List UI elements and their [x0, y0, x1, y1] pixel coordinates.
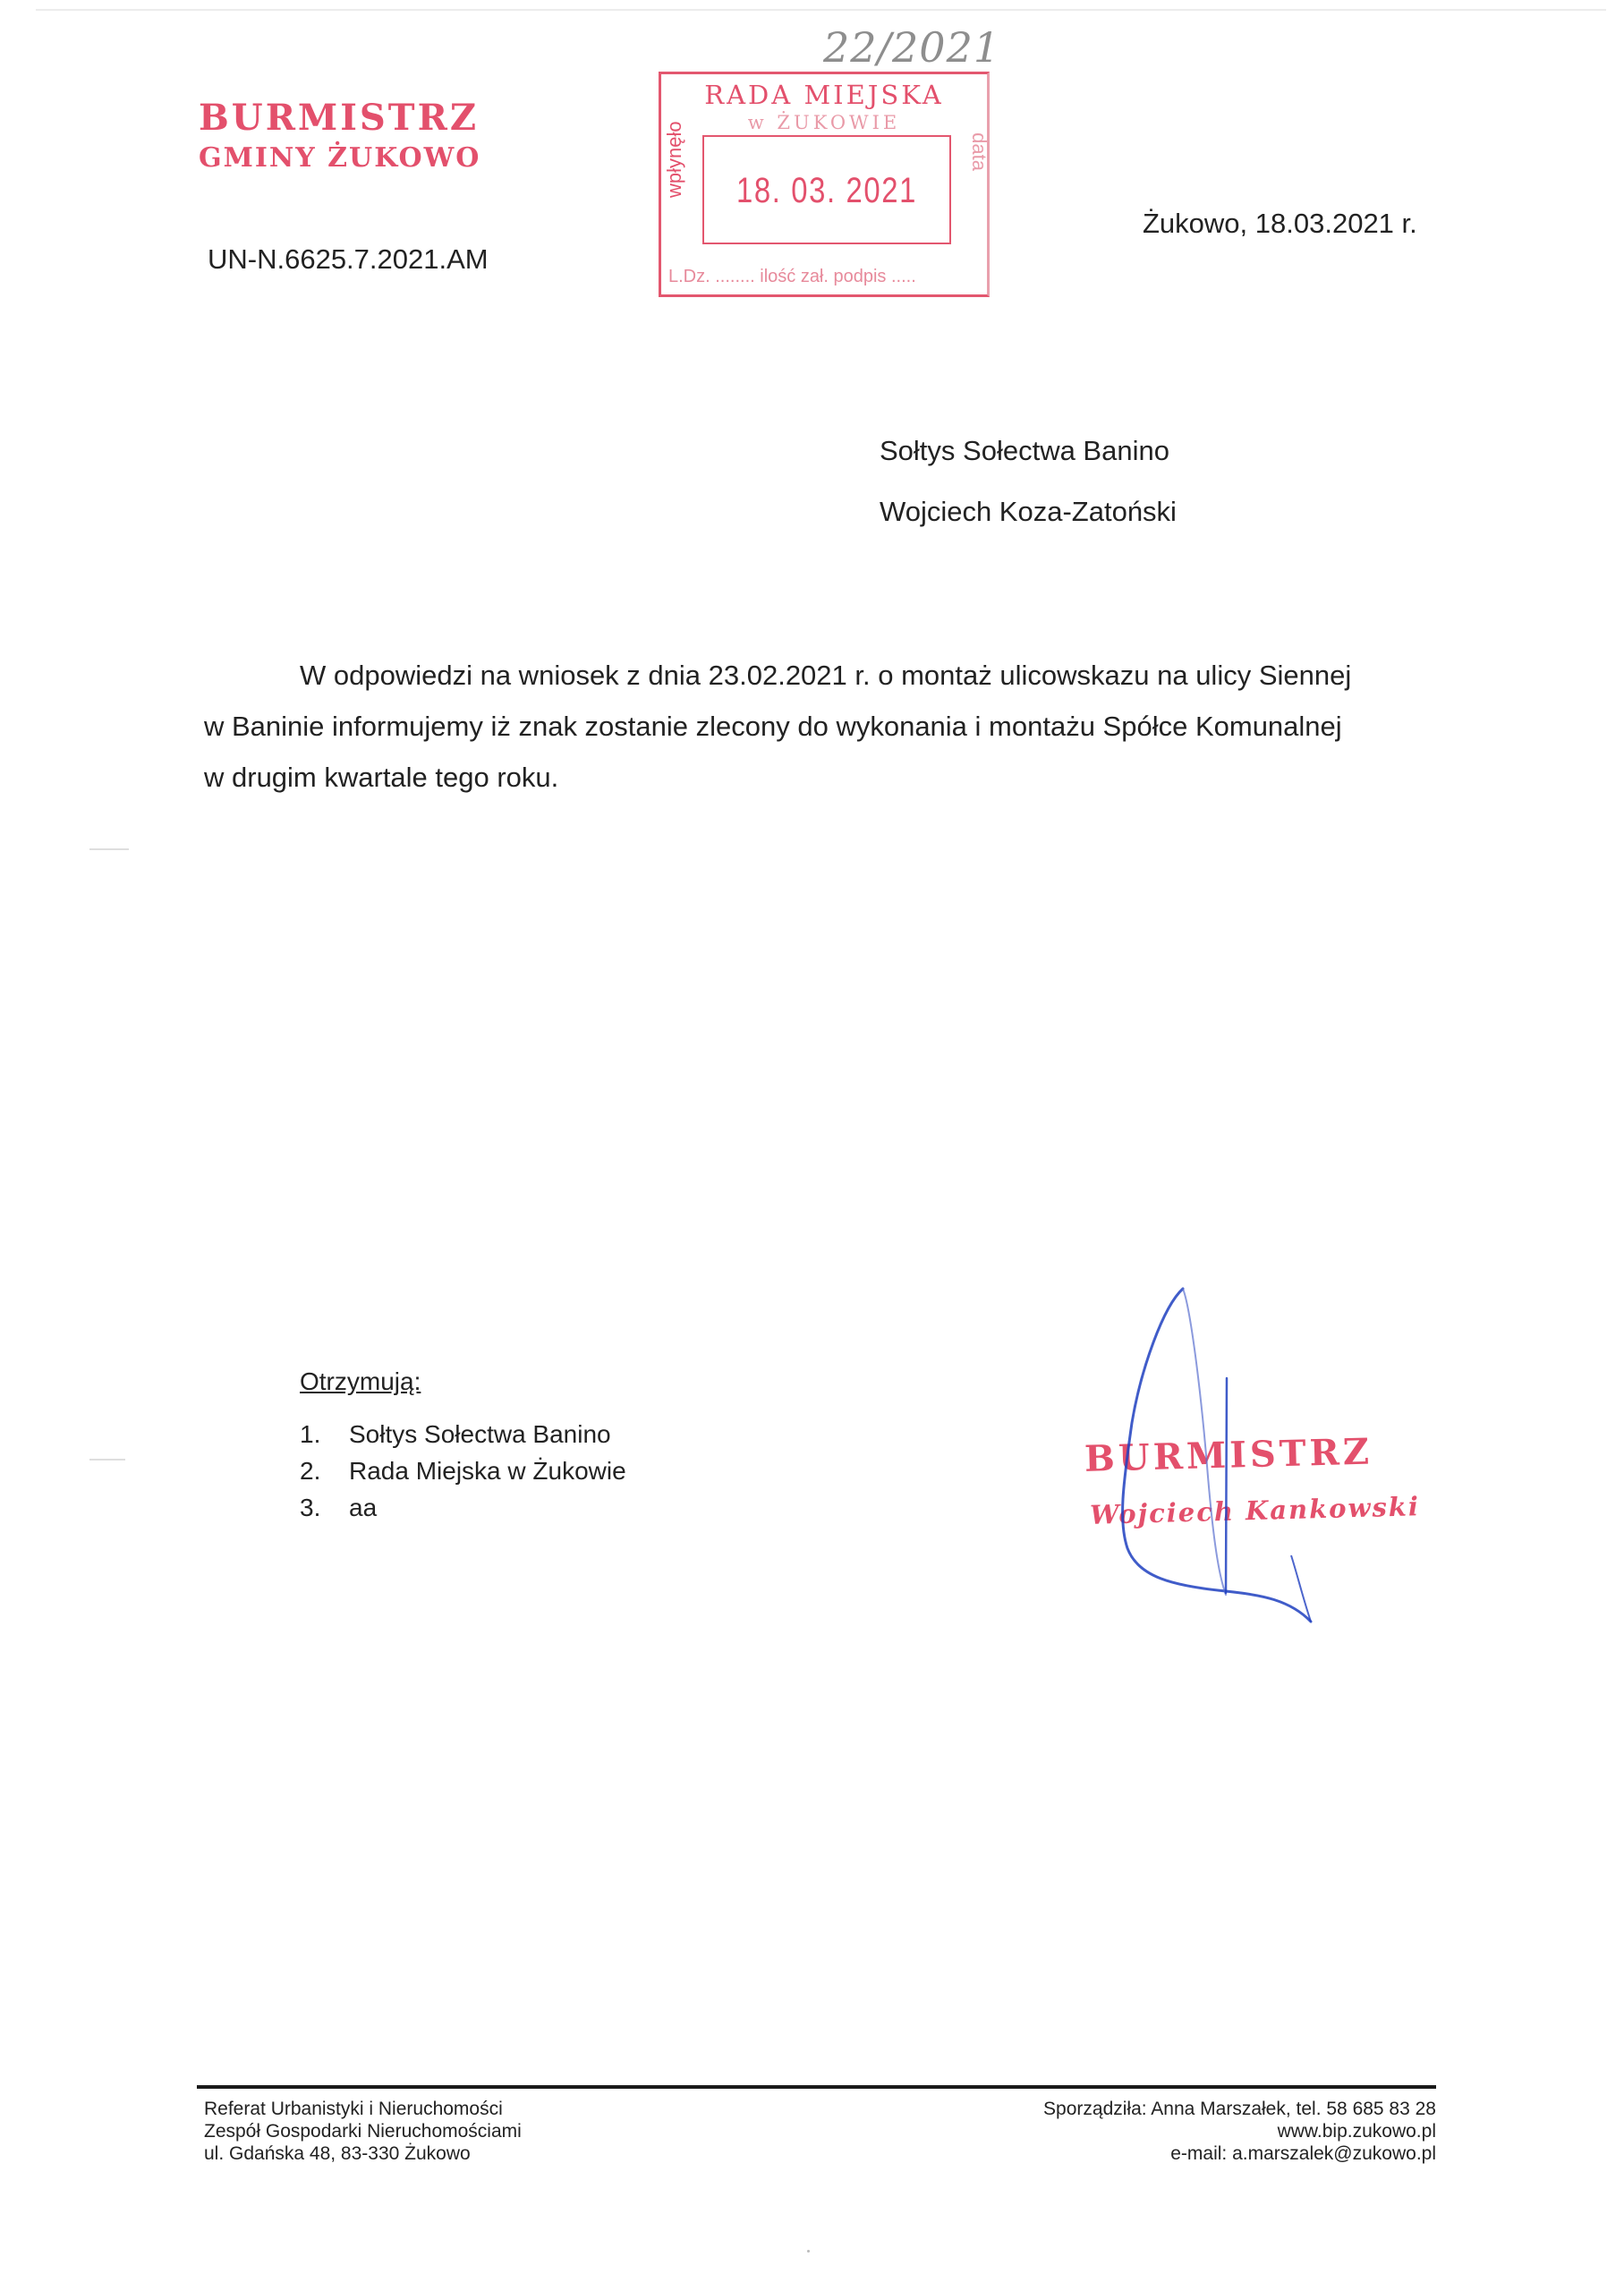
body-line: w drugim kwartale tego roku.: [204, 752, 1439, 803]
footer-office-info: Referat Urbanistyki i Nieruchomości Zesp…: [204, 2098, 522, 2165]
registry-stamp-date: 18. 03. 2021: [727, 171, 928, 211]
distribution-item-label: Sołtys Sołectwa Banino: [349, 1416, 611, 1452]
scan-artifact: [807, 2250, 810, 2253]
footer-department: Referat Urbanistyki i Nieruchomości: [204, 2098, 522, 2120]
distribution-item: 2. Rada Miejska w Żukowie: [300, 1452, 626, 1489]
scan-artifact: [89, 1459, 125, 1461]
distribution-item-number: 2.: [300, 1452, 349, 1489]
recipient-name: Wojciech Koza-Zatoński: [880, 481, 1177, 542]
footer-divider: [197, 2085, 1436, 2089]
handwritten-registry-number: 22/2021: [823, 23, 1000, 72]
distribution-item-number: 3.: [300, 1489, 349, 1526]
letter-body: W odpowiedzi na wniosek z dnia 23.02.202…: [204, 650, 1439, 803]
distribution-item: 1. Sołtys Sołectwa Banino: [300, 1416, 626, 1452]
registry-stamp: RADA MIEJSKA w ŻUKOWIE wpłynęło 18. 03. …: [659, 72, 990, 297]
recipient-title: Sołtys Sołectwa Banino: [880, 421, 1177, 481]
footer-email-link[interactable]: e-mail: a.marszalek@zukowo.pl: [1043, 2142, 1436, 2165]
authority-stamp-title: BURMISTRZ: [199, 100, 480, 136]
registry-stamp-date-label: data: [967, 132, 991, 171]
registry-stamp-title: RADA MIEJSKA: [661, 80, 987, 110]
body-line: W odpowiedzi na wniosek z dnia 23.02.202…: [204, 650, 1439, 701]
handwritten-signature: [1056, 1253, 1414, 1647]
reference-number: UN-N.6625.7.2021.AM: [208, 243, 489, 276]
footer-contact-info: Sporządziła: Anna Marszałek, tel. 58 685…: [1043, 2098, 1436, 2165]
registry-stamp-received-label: wpłynęło: [663, 121, 686, 198]
footer-address: ul. Gdańska 48, 83-330 Żukowo: [204, 2142, 522, 2165]
authority-stamp-subtitle: GMINY ŻUKOWO: [199, 145, 480, 172]
registry-stamp-subtitle: w ŻUKOWIE: [661, 112, 987, 133]
footer-prepared-by: Sporządziła: Anna Marszałek, tel. 58 685…: [1043, 2098, 1436, 2120]
distribution-list: Otrzymują: 1. Sołtys Sołectwa Banino 2. …: [300, 1367, 626, 1526]
distribution-item-number: 1.: [300, 1416, 349, 1452]
distribution-item-label: Rada Miejska w Żukowie: [349, 1452, 626, 1489]
registry-stamp-footer: L.Dz. ........ ilość zał. podpis .....: [668, 267, 982, 287]
footer-team: Zespół Gospodarki Nieruchomościami: [204, 2120, 522, 2142]
scan-edge-line: [36, 9, 1606, 11]
distribution-item-label: aa: [349, 1489, 377, 1526]
distribution-heading: Otrzymują:: [300, 1367, 626, 1396]
recipient-address: Sołtys Sołectwa Banino Wojciech Koza-Zat…: [880, 421, 1177, 542]
distribution-item: 3. aa: [300, 1489, 626, 1526]
footer-website-link[interactable]: www.bip.zukowo.pl: [1043, 2120, 1436, 2142]
registry-stamp-date-box: 18. 03. 2021: [702, 135, 951, 244]
authority-stamp: BURMISTRZ GMINY ŻUKOWO: [199, 100, 480, 172]
scan-artifact: [89, 848, 129, 850]
place-and-date: Żukowo, 18.03.2021 r.: [1143, 208, 1417, 240]
body-line: w Baninie informujemy iż znak zostanie z…: [204, 701, 1439, 752]
